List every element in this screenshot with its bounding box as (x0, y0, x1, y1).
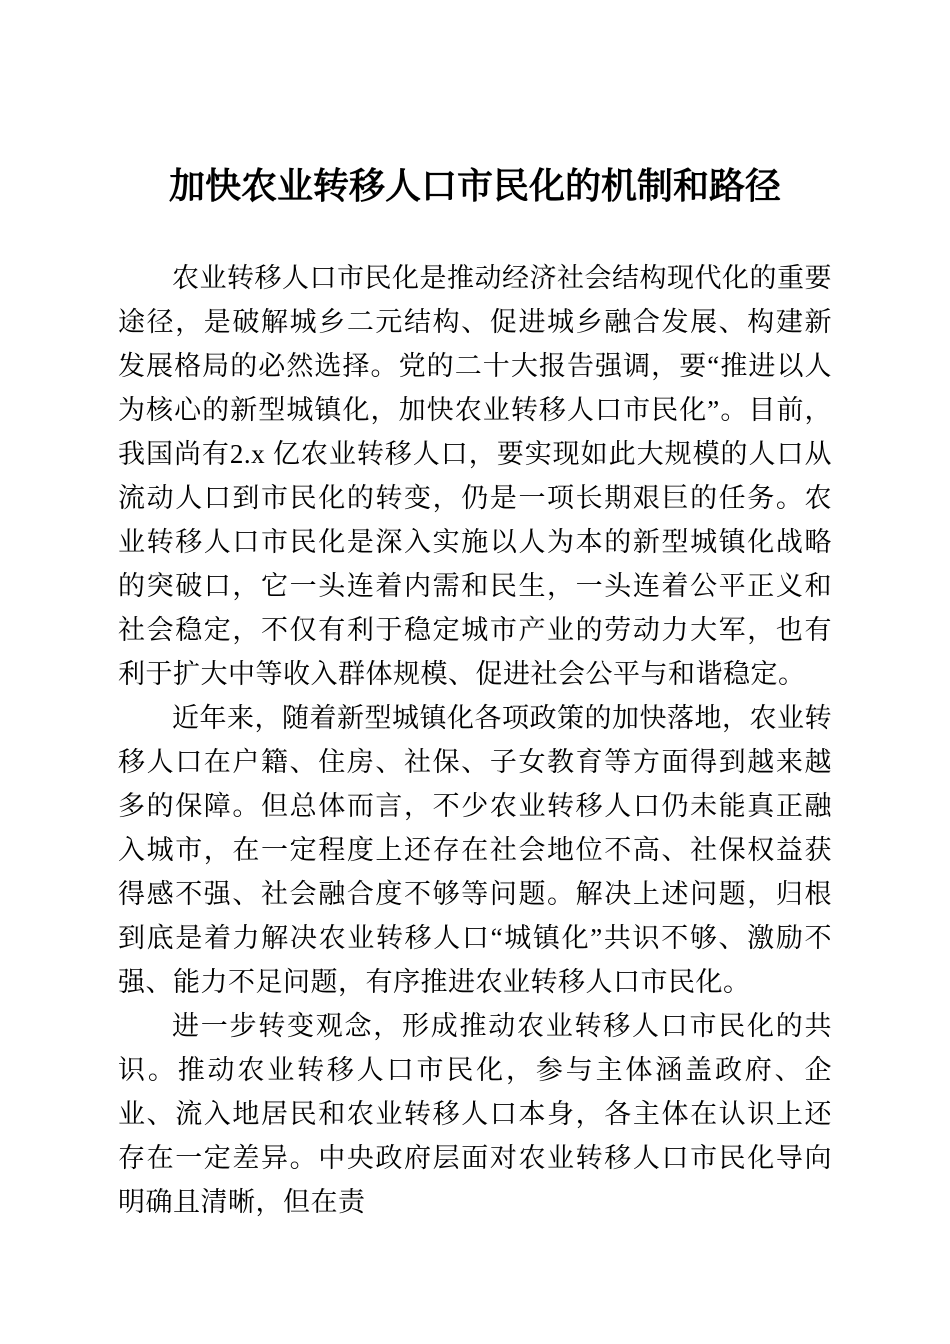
paragraph-2: 近年来，随着新型城镇化各项政策的加快落地，农业转移人口在户籍、住房、社保、子女教… (118, 696, 832, 1004)
paragraph-1: 农业转移人口市民化是推动经济社会结构现代化的重要途径，是破解城乡二元结构、促进城… (118, 256, 832, 696)
document-body: 农业转移人口市民化是推动经济社会结构现代化的重要途径，是破解城乡二元结构、促进城… (118, 256, 832, 1224)
document-title: 加快农业转移人口市民化的机制和路径 (0, 24, 950, 212)
document-page: 加快农业转移人口市民化的机制和路径 农业转移人口市民化是推动经济社会结构现代化的… (0, 0, 950, 1344)
paragraph-3: 进一步转变观念，形成推动农业转移人口市民化的共识。推动农业转移人口市民化，参与主… (118, 1004, 832, 1224)
